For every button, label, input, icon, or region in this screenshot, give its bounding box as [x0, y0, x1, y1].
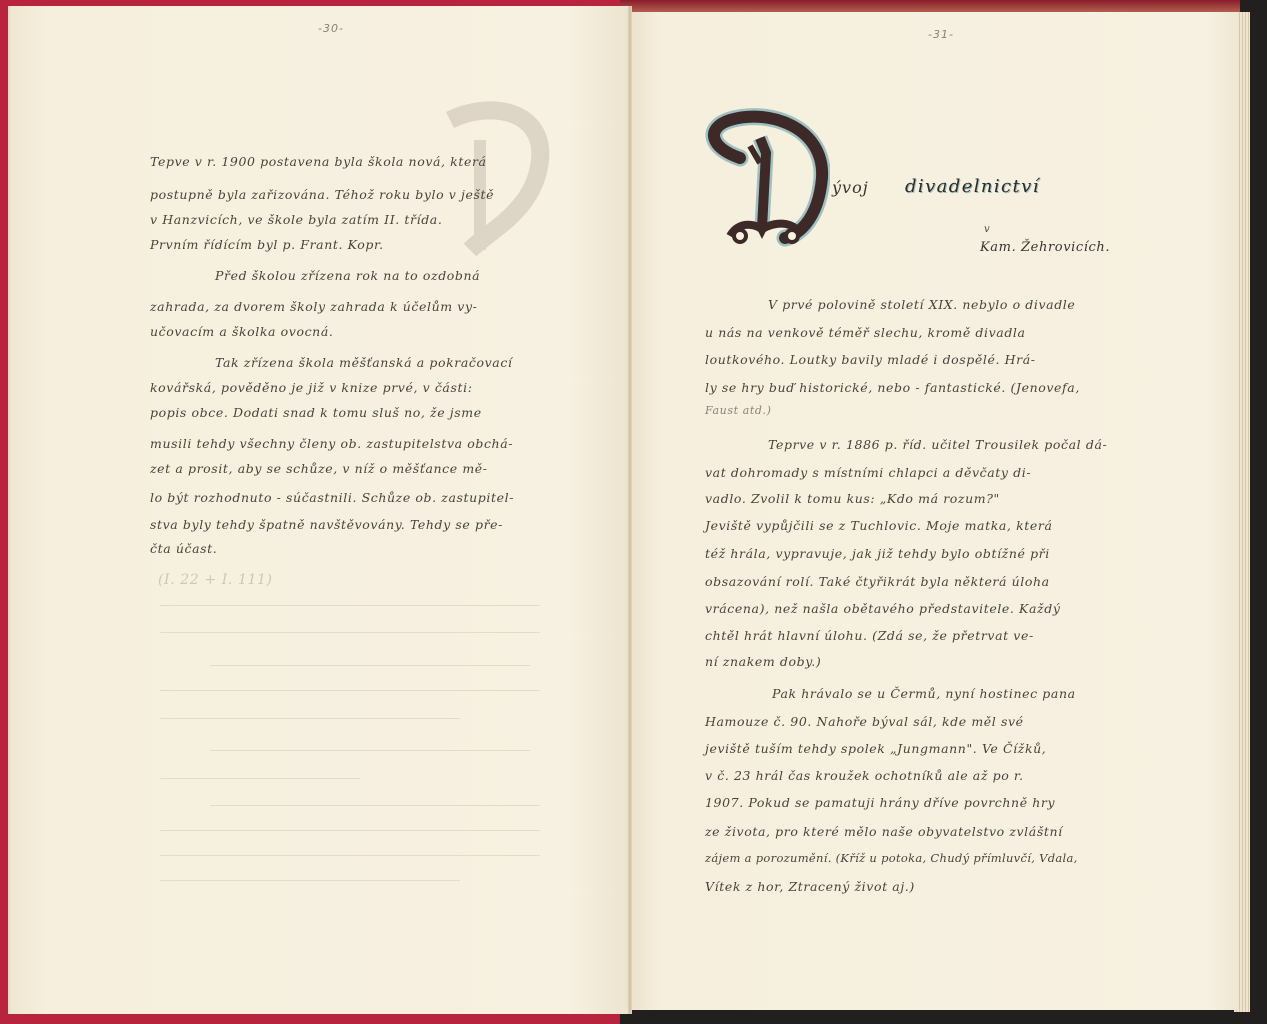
right-p3-line-5: 1907. Pokud se pamatuji hrány dříve povr… [705, 795, 1055, 810]
right-page-number: -31- [928, 28, 954, 41]
right-p2-line-8: chtěl hrát hlavní úlohu. (Zdá se, že pře… [705, 628, 1034, 643]
left-line-6: zahrada, za dvorem školy zahrada k účelů… [150, 299, 477, 314]
book-gutter [628, 6, 632, 1014]
left-line-10: popis obce. Dodati snad k tomu sluš no, … [150, 405, 482, 420]
bleed-through-line [160, 632, 540, 634]
title-word-1: ývoj [832, 178, 869, 197]
bleed-through-line [160, 605, 540, 607]
bleed-through-line [210, 805, 540, 807]
left-line-5: Před školou zřízena rok na to ozdobná [215, 268, 480, 283]
right-p1-line-4: ly se hry buď historické, nebo - fantast… [705, 380, 1080, 395]
left-page-number: -30- [318, 22, 344, 35]
right-p1-line-5: Faust atd.) [705, 404, 772, 417]
left-line-7: učovacím a školka ovocná. [150, 324, 333, 339]
bleed-through-line [160, 718, 460, 720]
left-line-9: kovářská, pověděno je již v knize prvé, … [150, 380, 473, 395]
left-line-13: lo být rozhodnuto - súčastnili. Schůze o… [150, 490, 514, 505]
left-line-15: čta účast. [150, 541, 217, 556]
bleed-through-line [160, 880, 460, 882]
right-p2-line-5: též hrála, vypravuje, jak již tehdy bylo… [705, 546, 1050, 561]
bleed-through-line [160, 830, 540, 832]
left-line-14: stva byly tehdy špatně navštěvovány. Teh… [150, 517, 503, 532]
bleed-through-line [210, 665, 530, 667]
right-p3-line-7: zájem a porozumění. (Kříž u potoka, Chud… [705, 851, 1078, 865]
left-line-12: zet a prosit, aby se schůze, v níž o měš… [150, 461, 488, 476]
title-word-2: divadelnictví [905, 176, 1040, 197]
right-p2-line-7: vrácena), než našla obětavého představit… [705, 601, 1061, 616]
decorative-initial-d-icon [700, 108, 830, 248]
right-p1-line-2: u nás na venkově téměř slechu, kromě div… [705, 325, 1026, 340]
subtitle: Kam. Žehrovicích. [980, 240, 1110, 255]
left-line-2: postupně byla zařizována. Téhož roku byl… [150, 187, 494, 202]
left-line-4: Prvním řídícím byl p. Frant. Kopr. [150, 237, 384, 252]
bleed-through-line [160, 855, 540, 857]
right-p2-line-2: vat dohromady s místními chlapci a děvča… [705, 465, 1031, 480]
subtitle-prefix: v [984, 224, 990, 235]
right-p2-line-6: obsazování rolí. Také čtyřikrát byla něk… [705, 574, 1050, 589]
right-p3-line-4: v č. 23 hrál čas kroužek ochotníků ale a… [705, 768, 1024, 783]
bleed-through-line [160, 690, 540, 692]
right-p3-line-1: Pak hrávalo se u Čermů, nyní hostinec pa… [772, 686, 1076, 701]
right-p2-line-9: ní znakem doby.) [705, 654, 821, 669]
right-p1-line-3: loutkového. Loutky bavily mladé i dospěl… [705, 352, 1036, 367]
left-line-1: Tepve v r. 1900 postavena byla škola nov… [150, 154, 487, 169]
right-p2-line-3: vadlo. Zvolil k tomu kus: „Kdo má rozum?… [705, 491, 1000, 506]
right-p3-line-2: Hamouze č. 90. Nahoře býval sál, kde měl… [705, 714, 1024, 729]
bleed-through-line [160, 778, 360, 780]
right-p2-line-4: Jeviště vypůjčili se z Tuchlovic. Moje m… [705, 518, 1053, 533]
bleed-through-initial-icon [420, 100, 550, 260]
right-p3-line-8: Vítek z hor, Ztracený život aj.) [705, 879, 915, 894]
right-p3-line-6: ze života, pro které mělo naše obyvatels… [705, 824, 1063, 839]
right-p3-line-3: jeviště tuším tehdy spolek „Jungmann". V… [705, 741, 1046, 756]
bleed-through-line [210, 750, 530, 752]
left-footnote: (I. 22 + I. 111) [158, 572, 273, 588]
right-p2-line-1: Teprve v r. 1886 p. říd. učitel Trousile… [768, 437, 1107, 452]
left-line-3: v Hanzvicích, ve škole byla zatím II. tř… [150, 212, 442, 227]
right-p1-line-1: V prvé polovině století XIX. nebylo o di… [768, 297, 1075, 312]
left-line-11: musili tehdy všechny členy ob. zastupite… [150, 436, 513, 451]
left-line-8: Tak zřízena škola měšťanská a pokračovac… [215, 355, 513, 370]
